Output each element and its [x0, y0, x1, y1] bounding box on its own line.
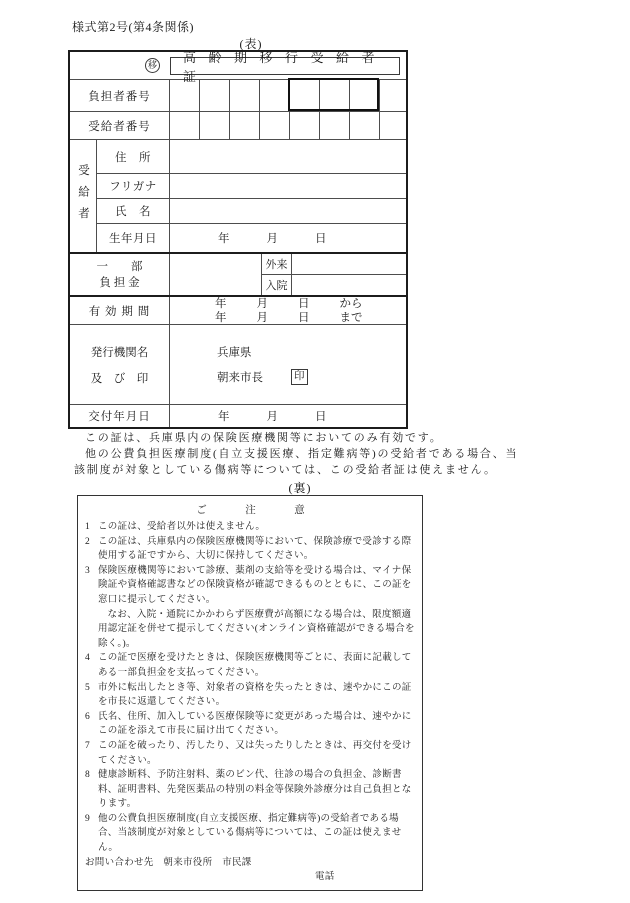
payer-number-cell	[230, 80, 260, 111]
seal-placeholder: 印	[291, 369, 308, 385]
notice-title: ご 注 意	[85, 502, 416, 517]
notice-item: 3 保険医療機関等において診療、薬剤の支給等を受ける場合は、マイナ保険証や資格確…	[85, 564, 416, 652]
birthdate-value: 年 月 日	[170, 224, 406, 252]
notice-item: 4 この証で医療を受けたときは、保険医療機関等ごとに、表面に記載してある一部負担…	[85, 651, 416, 680]
phone-label: 電話	[85, 870, 416, 885]
notice-item: 1 この証は、受給者以外は使えません。	[85, 520, 416, 535]
copayment-amount-cell	[170, 254, 262, 295]
name-value	[170, 199, 406, 223]
front-notes: この証は、兵庫県内の保険医療機関等においてのみ有効です。 他の公費負担医療制度(…	[74, 430, 526, 478]
payer-number-cell	[320, 80, 350, 111]
recipient-number-row: 受給者番号	[70, 112, 406, 140]
issuer-mayor: 朝来市長	[217, 369, 263, 385]
day-unit: 日	[315, 408, 327, 424]
recipient-number-cell	[200, 112, 230, 139]
validity-start-line: 年 月 日 から	[170, 297, 406, 311]
payer-number-cell	[170, 80, 200, 111]
recipient-number-cell	[260, 112, 290, 139]
recipient-number-cell	[320, 112, 350, 139]
recipient-number-cell	[230, 112, 260, 139]
month-unit: 月	[267, 408, 279, 424]
furigana-value	[170, 174, 406, 198]
notice-item: 2 この証は、兵庫県内の保険医療機関等において、保険診療で受診する際使用する証で…	[85, 535, 416, 564]
payer-number-row: 負担者番号	[70, 80, 406, 112]
outpatient-label: 外来	[262, 254, 292, 274]
transfer-mark-stamp-icon: 移	[145, 58, 160, 73]
notice-item-continuation: なお、入院・通院にかかわらず医療費が高額になる場合は、限度額適用認定証を併せて提…	[98, 608, 416, 652]
year-unit: 年	[218, 408, 230, 424]
year-unit: 年	[215, 297, 227, 311]
validity-end-line: 年 月 日 まで	[170, 311, 406, 325]
month-unit: 月	[257, 311, 269, 325]
certificate-title: 高齢期移行受給者証	[170, 57, 400, 75]
day-unit: 日	[298, 311, 310, 325]
from-suffix: から	[340, 297, 363, 311]
day-unit: 日	[315, 230, 327, 246]
recipient-section: 受給者 住 所 フリガナ 氏 名 生年月日 年	[70, 140, 406, 252]
issuer-prefecture: 兵庫県	[217, 344, 406, 360]
form-code: 様式第2号(第4条関係)	[72, 18, 194, 35]
birthdate-label: 生年月日	[97, 224, 170, 252]
front-note-line: この証は、兵庫県内の保険医療機関等においてのみ有効です。	[74, 430, 526, 446]
recipient-number-cell	[350, 112, 380, 139]
year-unit: 年	[218, 230, 230, 246]
address-value	[170, 140, 406, 173]
furigana-label: フリガナ	[97, 174, 170, 198]
to-suffix: まで	[340, 311, 363, 325]
payer-number-cell	[380, 80, 406, 111]
issuer-row: 発行機関名 及 び 印 兵庫県 朝来市長 印	[70, 325, 406, 405]
front-note-line: 他の公費負担医療制度(自立支援医療、指定難病等)の受給者である場合、当該制度が対…	[74, 446, 526, 478]
title-row: 移 高齢期移行受給者証	[70, 52, 406, 80]
month-unit: 月	[267, 230, 279, 246]
payer-number-cell	[260, 80, 290, 111]
recipient-number-cell	[380, 112, 406, 139]
copayment-label: 一 部 負 担 金	[70, 254, 170, 295]
day-unit: 日	[298, 297, 310, 311]
copayment-section: 一 部 負 担 金 外来 入院	[70, 252, 406, 295]
issue-date-row: 交付年月日 年 月 日	[70, 405, 406, 427]
recipient-number-cell	[290, 112, 320, 139]
payer-number-cell	[350, 80, 380, 111]
inpatient-label: 入院	[262, 275, 292, 295]
issue-date-value: 年 月 日	[170, 405, 406, 427]
issuer-label: 発行機関名 及 び 印	[70, 325, 170, 404]
notice-item: 6 氏名、住所、加入している医療保険等に変更があった場合は、速やかにこの証を添え…	[85, 710, 416, 739]
notice-item: 7 この証を破ったり、汚したり、又は失ったりしたときは、再交付を受けてください。	[85, 739, 416, 768]
payer-number-label: 負担者番号	[70, 80, 170, 111]
certificate-front-card: 移 高齢期移行受給者証 負担者番号 受給者番号	[68, 50, 408, 429]
notice-box: ご 注 意 1 この証は、受給者以外は使えません。 2 この証は、兵庫県内の保険…	[77, 495, 423, 891]
contact-line: お問い合わせ先 朝来市役所 市民課	[85, 856, 416, 871]
issue-date-label: 交付年月日	[70, 405, 170, 427]
payer-number-cell	[200, 80, 230, 111]
recipient-number-cell	[170, 112, 200, 139]
address-label: 住 所	[97, 140, 170, 173]
payer-number-cell	[290, 80, 320, 111]
month-unit: 月	[257, 297, 269, 311]
notice-item: 5 市外に転出したとき等、対象者の資格を失ったときは、速やかにこの証を市長に返還…	[85, 681, 416, 710]
back-side-label: (裏)	[130, 479, 470, 496]
inpatient-value	[292, 275, 406, 295]
validity-period-row: 有 効 期 間 年 月 日 から 年 月 日 まで	[70, 295, 406, 325]
notice-item: 9 他の公費負担医療制度(自立支援医療、指定難病等)の受給者である場合、当該制度…	[85, 812, 416, 856]
recipient-number-label: 受給者番号	[70, 112, 170, 139]
outpatient-value	[292, 254, 406, 274]
year-unit: 年	[215, 311, 227, 325]
recipient-group-label: 受給者	[70, 140, 97, 252]
notice-item: 8 健康診断料、予防注射料、薬のビン代、往診の場合の負担金、診断書料、証明書料、…	[85, 768, 416, 812]
name-label: 氏 名	[97, 199, 170, 223]
validity-period-label: 有 効 期 間	[70, 297, 170, 324]
